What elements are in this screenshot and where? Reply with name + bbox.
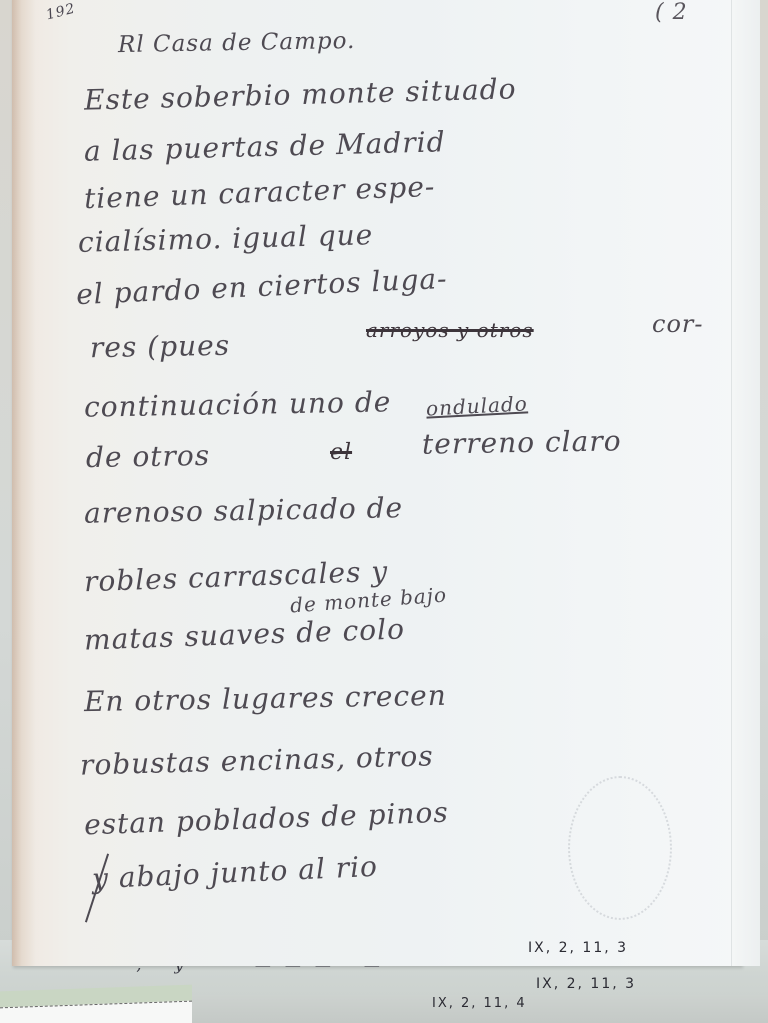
scanned-manuscript: · · , y · ——— —· 192 ( 2 Rl Casa de Camp… — [0, 0, 768, 1023]
manuscript-line: de otros — [86, 439, 211, 474]
corner-mark: ( 2 — [655, 0, 688, 25]
manuscript-line: continuación uno de — [84, 385, 392, 423]
archive-reference: IX, 2, 11, 3 — [528, 940, 628, 956]
manuscript-line-tail: terreno claro — [422, 424, 622, 460]
archive-reference: IX, 2, 11, 3 — [536, 976, 636, 992]
manuscript-line-tail: cor- — [652, 310, 703, 338]
manuscript-line: En otros lugares crecen — [84, 679, 447, 718]
struck-text: arroyos y otros — [366, 318, 534, 342]
embossed-stamp — [568, 776, 672, 920]
manuscript-line: res (pues — [90, 329, 231, 364]
struck-text: el — [330, 440, 352, 465]
manuscript-line: arenoso salpicado de — [84, 491, 404, 530]
page-heading: Rl Casa de Campo. — [118, 28, 356, 58]
archive-reference: IX, 2, 11, 4 — [432, 996, 527, 1011]
